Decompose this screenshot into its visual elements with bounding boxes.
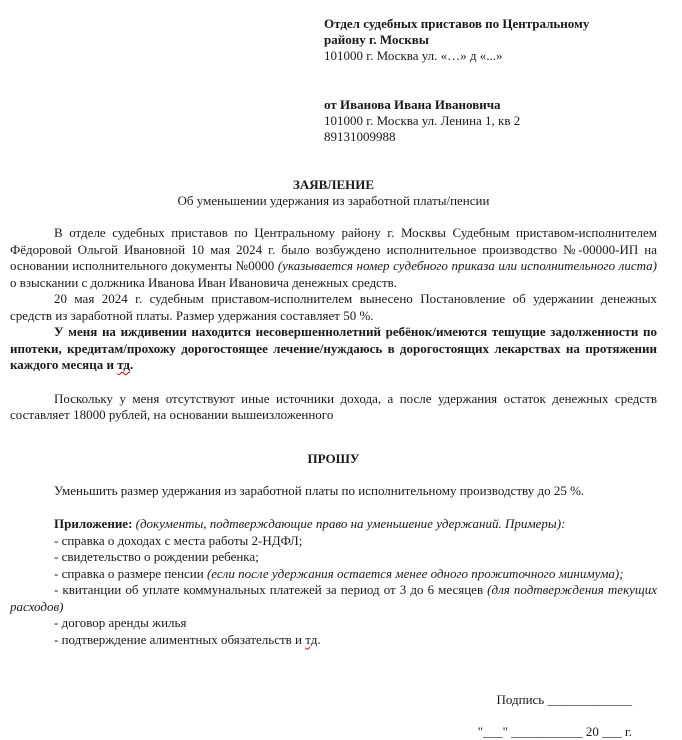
attachment-item: - справка о размере пенсии (если после у…	[10, 566, 657, 583]
paragraph-note: (указывается номер судебного приказа или…	[278, 258, 657, 273]
attachment-item: - договор аренды жилья	[10, 615, 657, 632]
attachment-note: (если после удержания остается менее одн…	[207, 566, 624, 581]
request-block: Уменьшить размер удержания из заработной…	[10, 483, 657, 500]
attachments-header: Приложение: (документы, подтверждающие п…	[10, 516, 657, 533]
request-title: ПРОШУ	[10, 451, 657, 467]
sender-block: от Иванова Ивана Ивановича 101000 г. Мос…	[324, 97, 664, 145]
paragraph-income: Поскольку у меня отсутствуют иные источн…	[10, 391, 657, 424]
sender-phone: 89131009988	[324, 129, 664, 145]
attachments-block: Приложение: (документы, подтверждающие п…	[10, 516, 657, 648]
addressee-block: Отдел судебных приставов по Центральному…	[324, 16, 664, 64]
paragraph-proceedings: В отделе судебных приставов по Центральн…	[10, 225, 657, 291]
signature-blank: _____________	[548, 692, 633, 707]
signature-label: Подпись	[497, 692, 545, 707]
attachment-text: - справка о размере пенсии	[54, 566, 207, 581]
addressee-address: 101000 г. Москва ул. «…» д «...»	[324, 48, 664, 64]
paragraph-resolution: 20 мая 2024 г. судебным приставом-исполн…	[10, 291, 657, 324]
sender-address: 101000 г. Москва ул. Ленина 1, кв 2	[324, 113, 664, 129]
spellcheck-word: тд	[305, 632, 317, 647]
attachment-text: - квитанции об уплате коммунальных плате…	[54, 582, 487, 597]
sender-name: от Иванова Ивана Ивановича	[324, 97, 664, 113]
attachments-note: (документы, подтверждающие право на умен…	[132, 516, 565, 531]
request-text: Уменьшить размер удержания из заработной…	[10, 483, 657, 500]
attachment-item: - справка о доходах с места работы 2-НДФ…	[10, 533, 657, 550]
signature-line: Подпись _____________	[497, 692, 633, 708]
attachment-item: - квитанции об уплате коммунальных плате…	[10, 582, 657, 615]
addressee-name-line2: району г. Москвы	[324, 32, 664, 48]
document-title: ЗАЯВЛЕНИЕ	[10, 177, 657, 193]
paragraph-dependents: У меня на иждивении находится несовершен…	[10, 324, 657, 374]
document-subtitle: Об уменьшении удержания из заработной пл…	[10, 193, 657, 209]
paragraph-text: У меня на иждивении находится несовершен…	[10, 324, 657, 372]
addressee-name-line1: Отдел судебных приставов по Центральному	[324, 16, 664, 32]
paragraph-text: о взыскании с должника Иванова Иван Иван…	[10, 275, 397, 290]
attachment-text: - подтверждение алиментных обязательств …	[54, 632, 305, 647]
attachment-item: - подтверждение алиментных обязательств …	[10, 632, 657, 649]
attachment-text: .	[317, 632, 320, 647]
attachments-label: Приложение:	[54, 516, 132, 531]
paragraph-text: .	[130, 357, 133, 372]
spellcheck-word: тд	[117, 357, 130, 372]
statement-body: В отделе судебных приставов по Центральн…	[10, 225, 657, 424]
title-block: ЗАЯВЛЕНИЕ Об уменьшении удержания из зар…	[10, 177, 657, 209]
date-line: "___" ___________ 20 ___ г.	[478, 724, 632, 740]
attachment-item: - свидетельство о рождении ребенка;	[10, 549, 657, 566]
